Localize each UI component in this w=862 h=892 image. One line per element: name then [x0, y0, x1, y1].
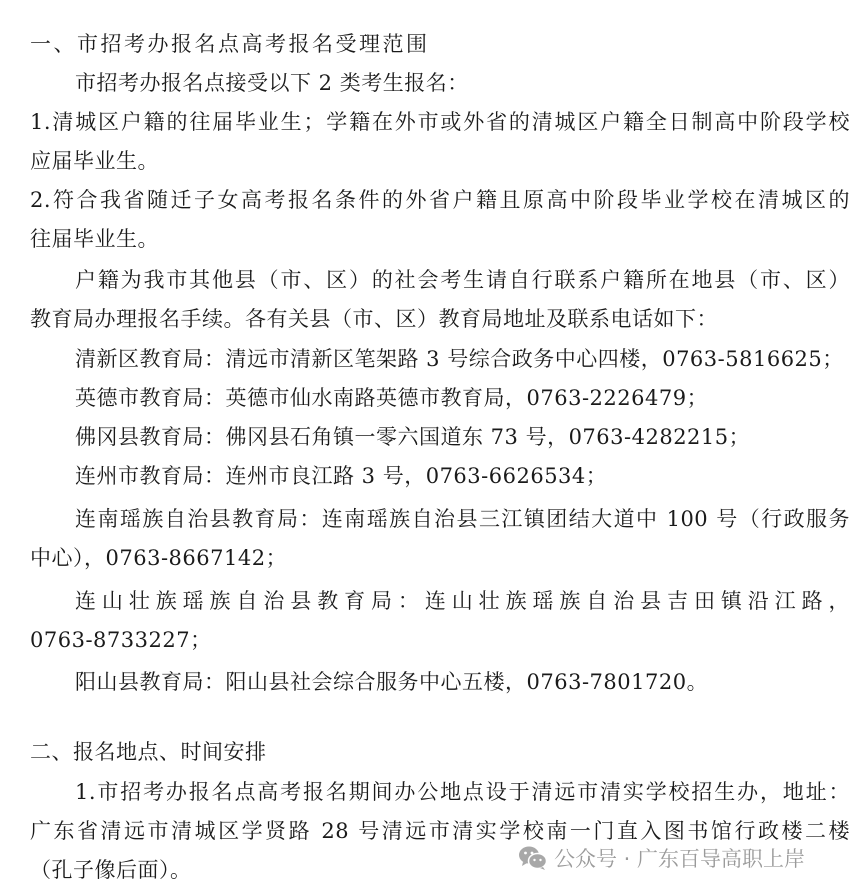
section1-intro: 市招考办报名点接受以下 2 类考生报名：: [75, 69, 850, 97]
section1-item2-line2: 往届毕业生。: [30, 225, 850, 253]
section2-heading: 二、报名地点、时间安排: [30, 738, 850, 766]
watermark-text: 公众号 · 广东百导高职上岸: [554, 843, 805, 873]
other-counties-line1: 户籍为我市其他县（市、区）的社会考生请自行联系户籍所在地县（市、区）: [75, 266, 850, 294]
bureau-liannan-line1: 连南瑶族自治县教育局：连南瑶族自治县三江镇团结大道中 100 号（行政服务: [75, 505, 850, 533]
watermark: 公众号 · 广东百导高职上岸: [518, 843, 805, 873]
bureau-yingde: 英德市教育局：英德市仙水南路英德市教育局，0763-2226479；: [75, 384, 850, 412]
section1-heading: 一、市招考办报名点高考报名受理范围: [30, 30, 850, 58]
wechat-icon: [518, 845, 548, 871]
section1-item2-line1: 2.符合我省随迁子女高考报名条件的外省户籍且原高中阶段毕业学校在清城区的: [30, 186, 850, 214]
bureau-fogang: 佛冈县教育局：佛冈县石角镇一零六国道东 73 号，0763-4282215；: [75, 423, 850, 451]
section2-item1-line1: 1.市招考办报名点高考报名期间办公地点设于清远市清实学校招生办，地址：: [75, 778, 850, 806]
bureau-yangshan: 阳山县教育局：阳山县社会综合服务中心五楼，0763-7801720。: [75, 668, 850, 696]
section2-item1-line2: 广东省清远市清城区学贤路 28 号清远市清实学校南一门直入图书馆行政楼二楼: [30, 817, 850, 845]
other-counties-line2: 教育局办理报名手续。各有关县（市、区）教育局地址及联系电话如下：: [30, 305, 850, 333]
bureau-lianshan-line1: 连山壮族瑶族自治县教育局：连山壮族瑶族自治县吉田镇沿江路，: [75, 587, 850, 615]
section1-item1-line2: 应届毕业生。: [30, 147, 850, 175]
bureau-liannan-line2: 中心），0763-8667142；: [30, 544, 850, 572]
section1-item1-line1: 1.清城区户籍的往届毕业生；学籍在外市或外省的清城区户籍全日制高中阶段学校: [30, 108, 850, 136]
bureau-lianshan-line2: 0763-8733227；: [30, 626, 850, 654]
bureau-qingxin: 清新区教育局：清远市清新区笔架路 3 号综合政务中心四楼，0763-581662…: [75, 345, 850, 373]
bureau-lianzhou: 连州市教育局：连州市良江路 3 号，0763-6626534；: [75, 462, 850, 490]
